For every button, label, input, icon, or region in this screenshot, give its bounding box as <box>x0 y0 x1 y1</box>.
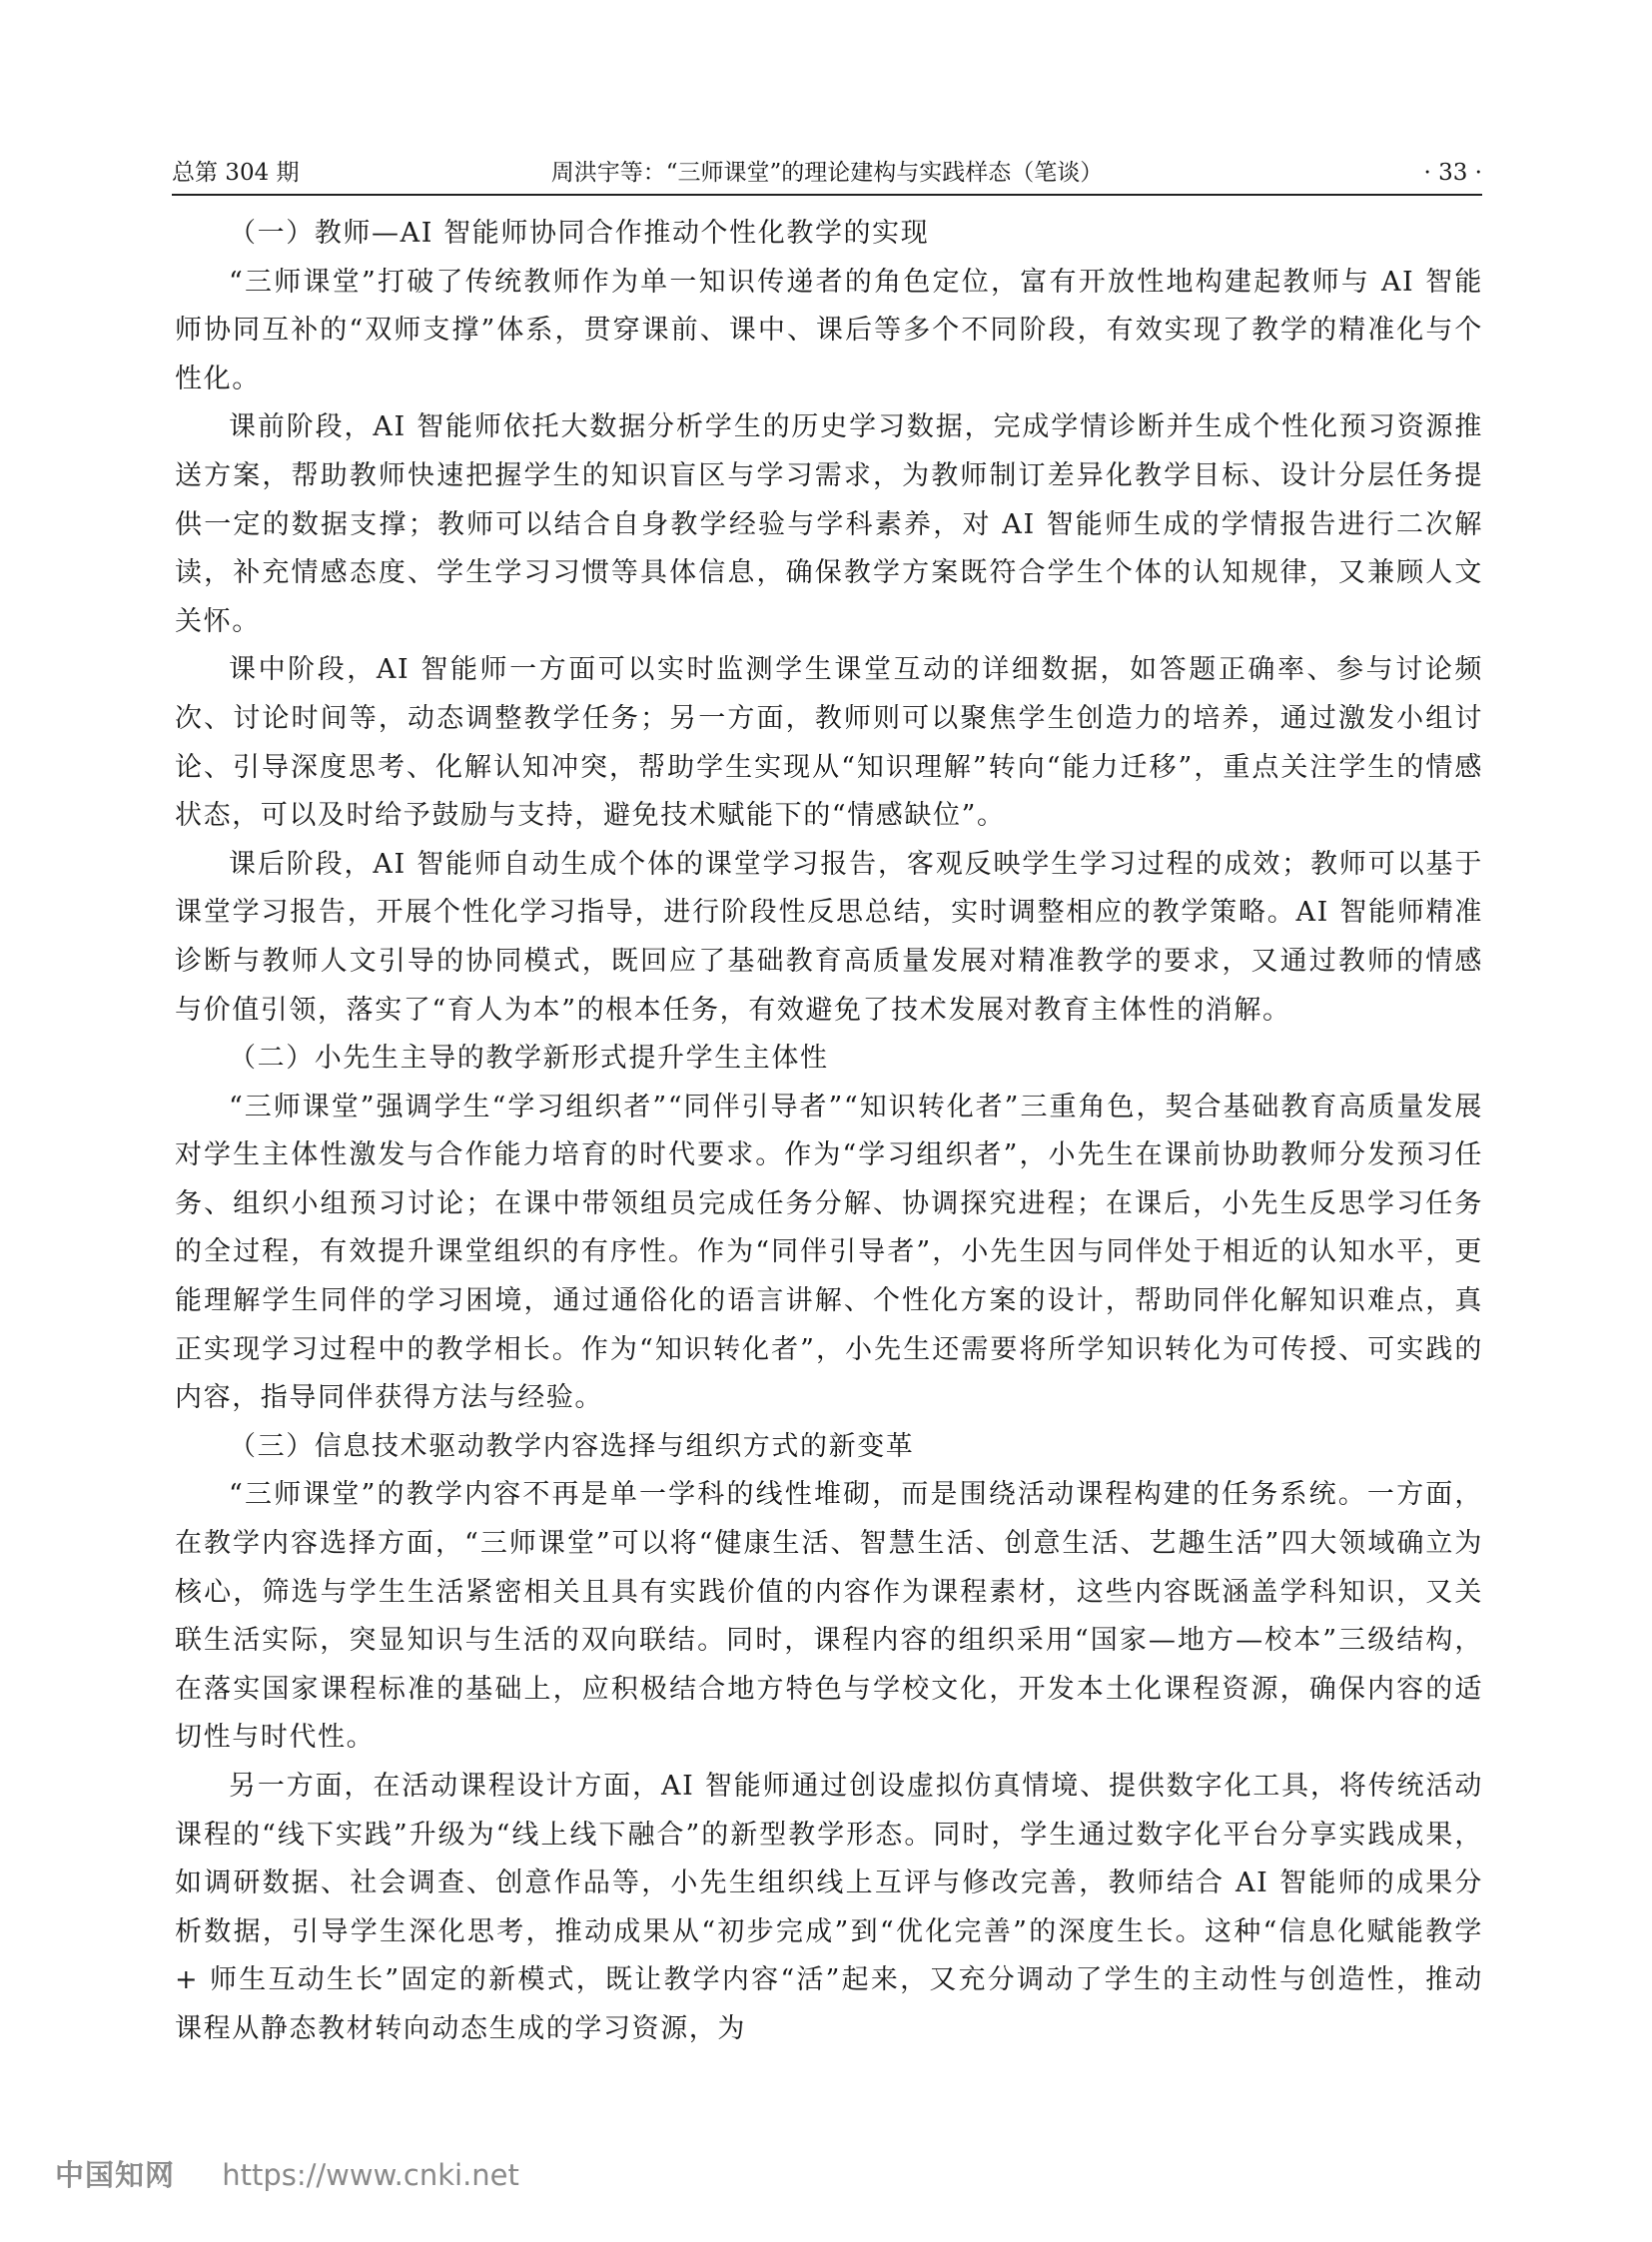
paragraph: 课中阶段，AI 智能师一方面可以实时监测学生课堂互动的详细数据，如答题正确率、参… <box>175 646 1483 840</box>
watermark-footer: 中国知网 https://www.cnki.net <box>55 2155 519 2195</box>
section-heading-2: （二）小先生主导的教学新形式提升学生主体性 <box>175 1035 1483 1084</box>
paragraph: “三师课堂”强调学生“学习组织者”“同伴引导者”“知识转化者”三重角色，契合基础… <box>175 1084 1483 1423</box>
paragraph: 课前阶段，AI 智能师依托大数据分析学生的历史学习数据，完成学情诊断并生成个性化… <box>175 403 1483 646</box>
paragraph: “三师课堂”的教学内容不再是单一学科的线性堆砌，而是围绕活动课程构建的任务系统。… <box>175 1471 1483 1763</box>
section-heading-3: （三）信息技术驱动教学内容选择与组织方式的新变革 <box>175 1423 1483 1472</box>
header-rule <box>172 194 1482 196</box>
page-number: · 33 · <box>1423 158 1482 188</box>
section-heading-1: （一）教师—AI 智能师协同合作推动个性化教学的实现 <box>175 210 1483 259</box>
running-header: 总第 304 期 周洪宇等：“三师课堂”的理论建构与实践样态（笔谈） · 33 … <box>172 158 1482 188</box>
paragraph: 课后阶段，AI 智能师自动生成个体的课堂学习报告，客观反映学生学习过程的成效；教… <box>175 841 1483 1035</box>
paragraph: 另一方面，在活动课程设计方面，AI 智能师通过创设虚拟仿真情境、提供数字化工具，… <box>175 1763 1483 2054</box>
running-title: 周洪宇等：“三师课堂”的理论建构与实践样态（笔谈） <box>172 158 1482 188</box>
cnki-logo-text: 中国知网 <box>55 2158 175 2192</box>
cnki-url: https://www.cnki.net <box>222 2158 519 2192</box>
article-body: （一）教师—AI 智能师协同合作推动个性化教学的实现 “三师课堂”打破了传统教师… <box>175 210 1483 2054</box>
paragraph: “三师课堂”打破了传统教师作为单一知识传递者的角色定位，富有开放性地构建起教师与… <box>175 259 1483 404</box>
